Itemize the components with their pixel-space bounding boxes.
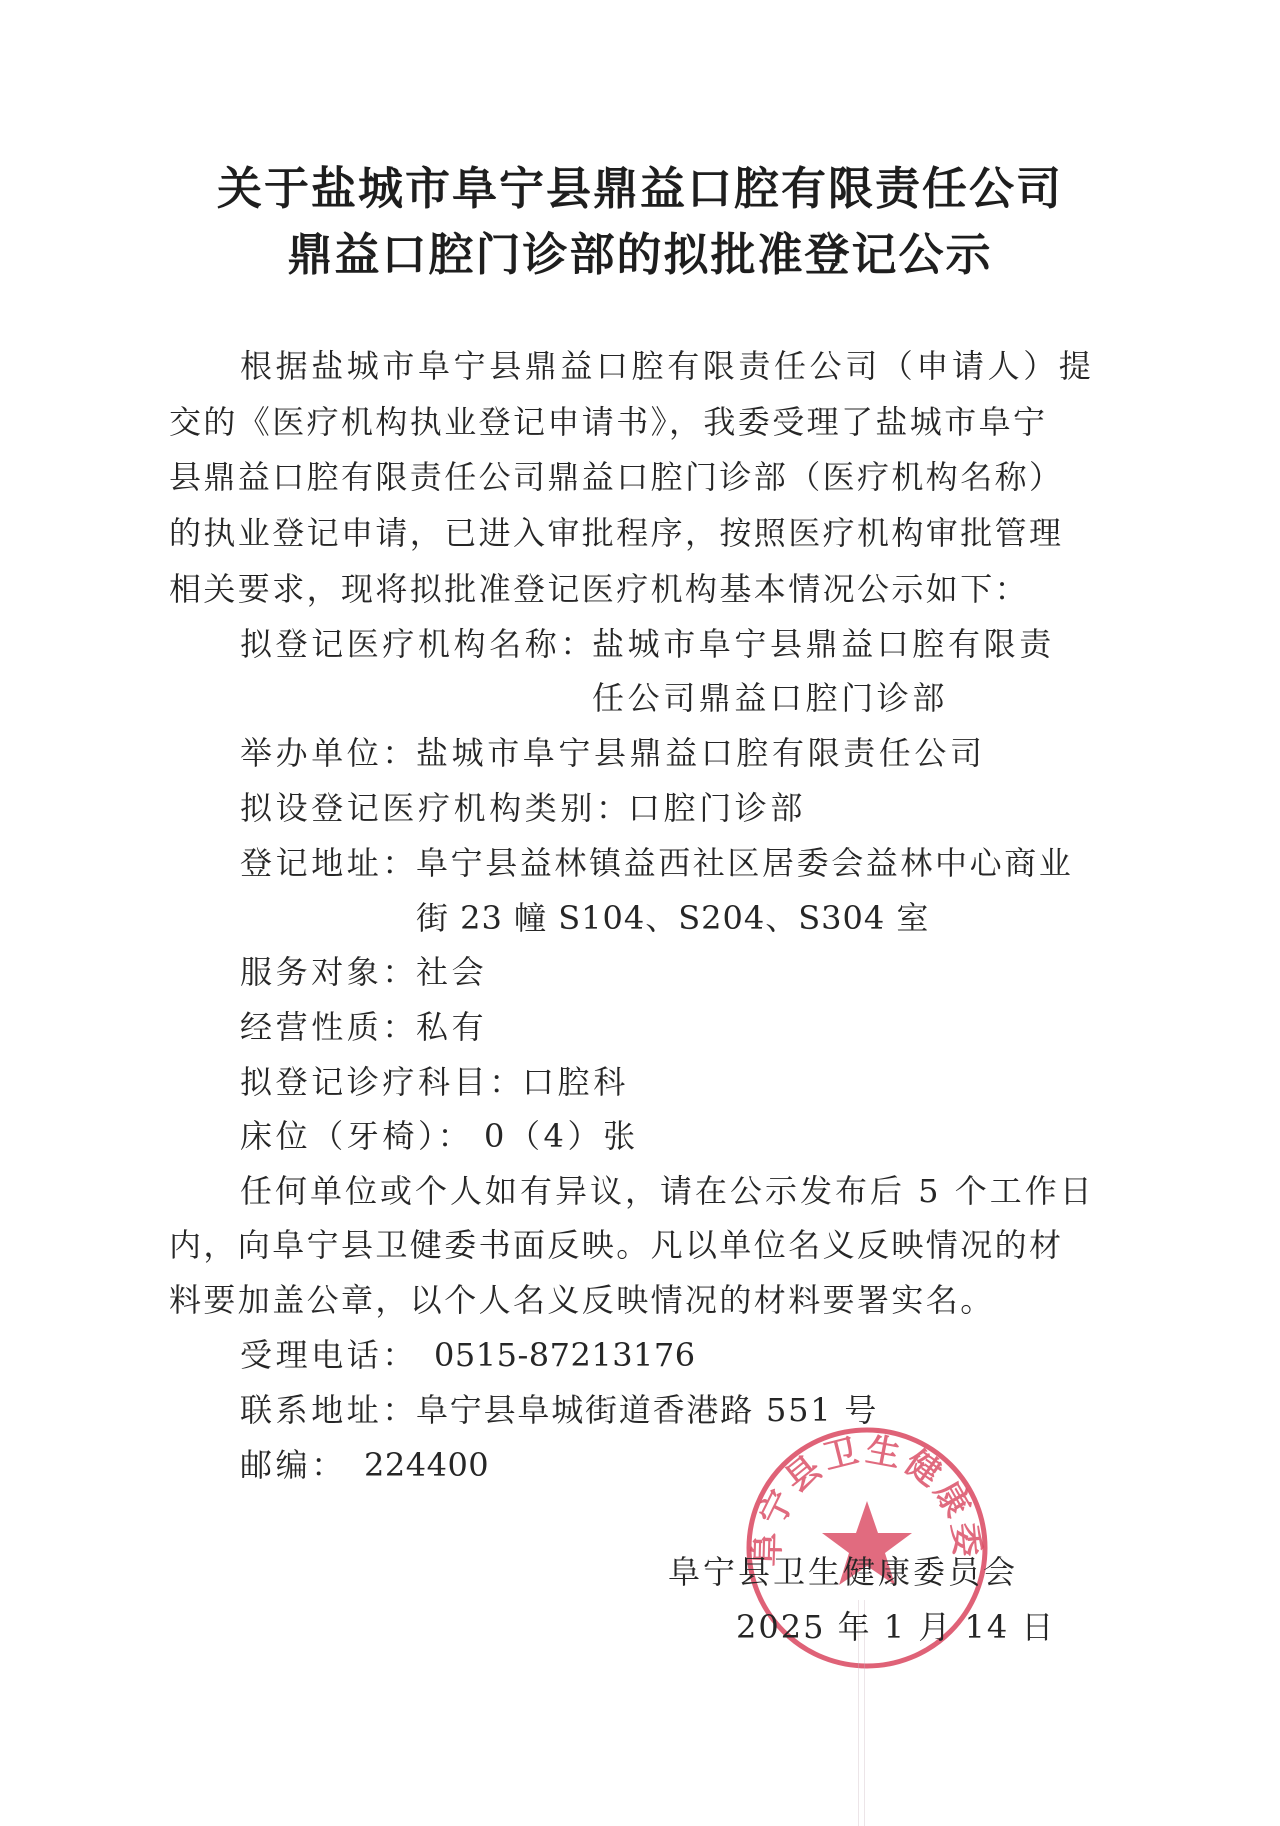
service-value: 社会 (416, 952, 487, 992)
phone-label: 受理电话： (240, 1335, 418, 1375)
intro-line-1: 根据盐城市阜宁县鼎益口腔有限责任公司（申请人）提 (240, 346, 1094, 386)
issuer-name: 阜宁县卫生健康委员会 (668, 1552, 1018, 1592)
title-line-2: 鼎益口腔门诊部的拟批准登记公示 (0, 218, 1280, 283)
postcode-value: 224400 (364, 1445, 489, 1485)
beds-label: 床位（牙椅）： (240, 1116, 473, 1156)
category-value: 口腔门诊部 (628, 788, 806, 828)
objection-line-3: 料要加盖公章，以个人名义反映情况的材料要署实名。 (169, 1280, 995, 1320)
objection-line-2: 内，向阜宁县卫健委书面反映。凡以单位名义反映情况的材 (169, 1225, 1063, 1265)
intro-line-3: 县鼎益口腔有限责任公司鼎益口腔门诊部（医疗机构名称） (169, 457, 1063, 497)
service-label: 服务对象： (240, 952, 418, 992)
intro-line-4: 的执业登记申请，已进入审批程序，按照医疗机构审批管理 (169, 513, 1063, 553)
department-label: 拟登记诊疗科目： (240, 1062, 525, 1102)
intro-line-2: 交的《医疗机构执业登记申请书》，我委受理了盐城市阜宁 (169, 402, 1047, 442)
address-value-2: 街 23 幢 S104、S204、S304 室 (416, 898, 929, 938)
postcode-label: 邮编： (240, 1445, 347, 1485)
institution-name-value-1: 盐城市阜宁县鼎益口腔有限责 (592, 624, 1055, 664)
address-label: 登记地址： (240, 843, 418, 883)
objection-line-1: 任何单位或个人如有异议，请在公示发布后 5 个工作日 (240, 1171, 1095, 1211)
organizer-value: 盐城市阜宁县鼎益口腔有限责任公司 (416, 733, 986, 773)
beds-value: 0（4）张 (484, 1116, 639, 1156)
issue-date: 2025 年 1 月 14 日 (736, 1607, 1055, 1647)
nature-value: 私有 (416, 1007, 487, 1047)
category-label: 拟设登记医疗机构类别： (240, 788, 632, 828)
phone-value: 0515-87213176 (434, 1335, 696, 1375)
intro-line-5: 相关要求，现将拟批准登记医疗机构基本情况公示如下： (169, 569, 1029, 609)
institution-name-label: 拟登记医疗机构名称： (240, 624, 596, 664)
address-value-1: 阜宁县益林镇益西社区居委会益林中心商业 (416, 843, 1073, 883)
title-line-1: 关于盐城市阜宁县鼎益口腔有限责任公司 (0, 152, 1280, 217)
nature-label: 经营性质： (240, 1007, 418, 1047)
institution-name-value-2: 任公司鼎益口腔门诊部 (592, 678, 948, 718)
department-value: 口腔科 (522, 1062, 629, 1102)
contact-address-label: 联系地址： (240, 1390, 418, 1430)
organizer-label: 举办单位： (240, 733, 418, 773)
